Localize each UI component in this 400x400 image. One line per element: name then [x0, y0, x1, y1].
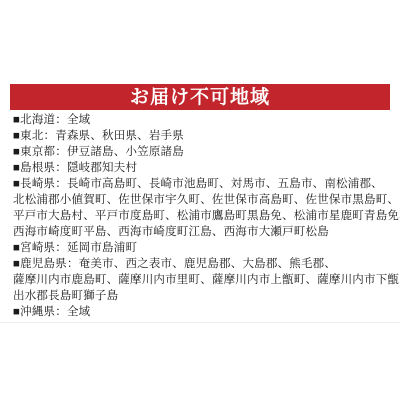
region-line-nagasaki-4: 西海市崎度町平島、西海市崎度町江島、西海市大瀬戸町松島: [13, 224, 395, 240]
region-line-okinawa: ■沖縄県：全域: [13, 304, 395, 320]
notice-title: お届け不可地域: [130, 88, 270, 107]
region-line-nagasaki-3: 平戸市大島村、平戸市度島町、松浦市鷹島町黒島免、松浦市星鹿町青島免、: [13, 208, 395, 224]
region-line-hokkaido: ■北海道：全域: [13, 112, 395, 128]
region-line-kagoshima-1: ■鹿児島県：奄美市、西之表市、鹿児島郡、大島郡、熊毛郡、: [13, 256, 395, 272]
region-line-miyazaki: ■宮崎県：延岡市島浦町: [13, 240, 395, 256]
bottom-divider: [0, 322, 400, 323]
region-line-tokyo: ■東京都：伊豆諸島、小笠原諸島: [13, 144, 395, 160]
region-line-nagasaki-2: 北松浦郡小値賀町、佐世保市宇久町、佐世保市高島町、佐世保市黒島町、: [13, 192, 395, 208]
region-line-shimane: ■島根県：隠岐郡知夫村: [13, 160, 395, 176]
region-line-kagoshima-2: 薩摩川内市鹿島町、薩摩川内市里町、薩摩川内市上甑町、薩摩川内市下甑町、: [13, 272, 395, 288]
region-line-kagoshima-3: 出水郡長島町獅子島: [13, 288, 395, 304]
region-line-tohoku: ■東北：青森県、秋田県、岩手県: [13, 128, 395, 144]
notice-header-banner: お届け不可地域: [10, 84, 390, 110]
excluded-region-list: ■北海道：全域 ■東北：青森県、秋田県、岩手県 ■東京都：伊豆諸島、小笠原諸島 …: [13, 112, 395, 320]
region-line-nagasaki-1: ■長崎県：長崎市高島町、長崎市池島町、対馬市、五島市、南松浦郡、: [13, 176, 395, 192]
notice-page: お届け不可地域 ■北海道：全域 ■東北：青森県、秋田県、岩手県 ■東京都：伊豆諸…: [0, 0, 400, 400]
